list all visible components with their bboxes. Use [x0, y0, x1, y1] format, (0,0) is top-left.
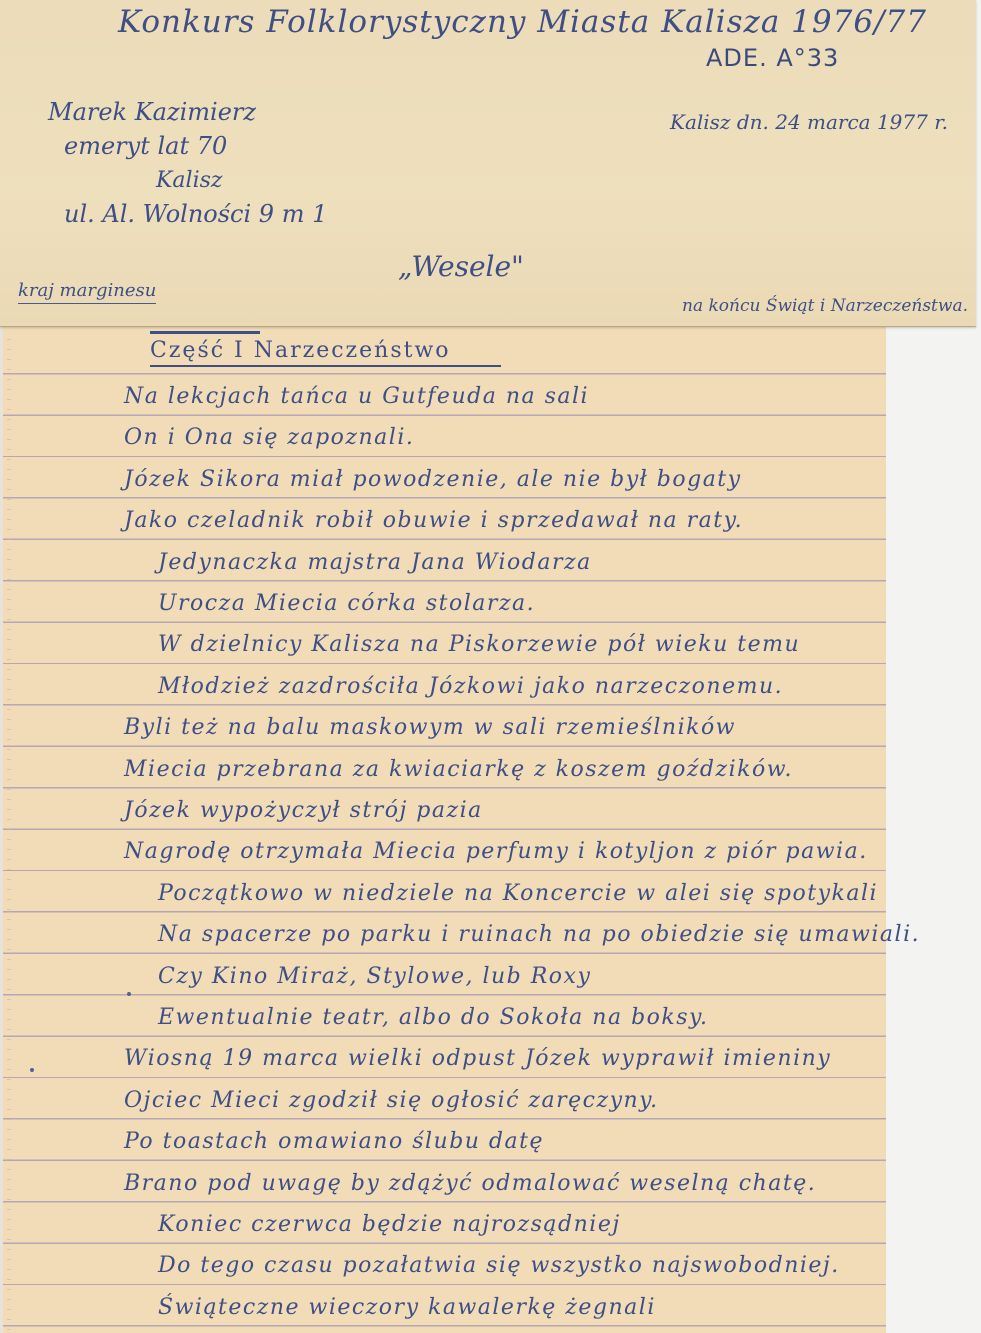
poem-line: On i Ona się zapoznali. — [124, 425, 414, 450]
poem-line: Józek Sikora miał powodzenie, ale nie by… — [124, 467, 742, 492]
poem-line: Na spacerze po parku i ruinach na po obi… — [158, 922, 920, 947]
author-name: Marek Kazimierz — [48, 98, 256, 126]
margin-note-left: kraj marginesu — [18, 280, 156, 304]
poem-line: Młodzież zazdrościła Józkowi jako narzec… — [158, 674, 783, 699]
ink-dot — [30, 1068, 34, 1072]
poem-line: Nagrodę otrzymała Miecia perfumy i kotyl… — [124, 839, 868, 864]
poem-line: Na lekcjach tańca u Gutfeuda na sali — [124, 384, 589, 409]
poem-line: Do tego czasu pozałatwia się wszystko na… — [158, 1253, 840, 1278]
contest-title: Konkurs Folklorystyczny Miasta Kalisza 1… — [118, 4, 927, 40]
section-heading: Część I Narzeczeństwo — [150, 338, 501, 367]
author-occupation: emeryt lat 70 — [64, 132, 227, 160]
poem-line: Byli też na balu maskowym w sali rzemieś… — [124, 715, 736, 740]
poem-line: Miecia przebrana za kwiaciarkę z koszem … — [124, 757, 793, 782]
author-street: ul. Al. Wolności 9 m 1 — [64, 200, 327, 228]
poem-line: Świąteczne wieczory kawalerkę żegnali — [158, 1295, 656, 1320]
ink-dot — [127, 992, 131, 996]
margin-note-right: na końcu Świąt i Narzeczeństwa. — [682, 296, 968, 316]
heading-overline — [150, 331, 260, 334]
poem-line: Wiosną 19 marca wielki odpust Józek wypr… — [124, 1046, 831, 1071]
poem-line: Jedynaczka majstra Jana Wiodarza — [158, 550, 592, 575]
poem-line: Ojciec Mieci zgodził się ogłosić zaręczy… — [124, 1088, 659, 1113]
poem-line: Józek wypożyczył strój pazia — [124, 798, 483, 823]
poem-line: Początkowo w niedziele na Koncercie w al… — [158, 881, 878, 906]
poem-line: Koniec czerwca będzie najrozsądniej — [158, 1212, 621, 1237]
margin-ticks — [7, 330, 11, 1333]
poem-line: Jako czeladnik robił obuwie i sprzedawał… — [124, 508, 743, 533]
header-slip: Konkurs Folklorystyczny Miasta Kalisza 1… — [0, 0, 976, 327]
poem-title: „Wesele" — [398, 250, 524, 283]
archive-reference: ADE. A°33 — [706, 44, 839, 72]
place-date: Kalisz dn. 24 marca 1977 r. — [670, 110, 948, 134]
poem-line: Po toastach omawiano ślubu datę — [124, 1129, 544, 1154]
poem-line: Urocza Miecia córka stolarza. — [158, 591, 535, 616]
poem-line: W dzielnicy Kalisza na Piskorzewie pół w… — [158, 632, 800, 657]
author-city: Kalisz — [156, 168, 223, 193]
poem-line: Ewentualnie teatr, albo do Sokoła na bok… — [158, 1005, 709, 1030]
poem-line: Brano pod uwagę by zdążyć odmalować wese… — [124, 1171, 816, 1196]
poem-line: Czy Kino Miraż, Stylowe, lub Roxy — [158, 964, 591, 989]
